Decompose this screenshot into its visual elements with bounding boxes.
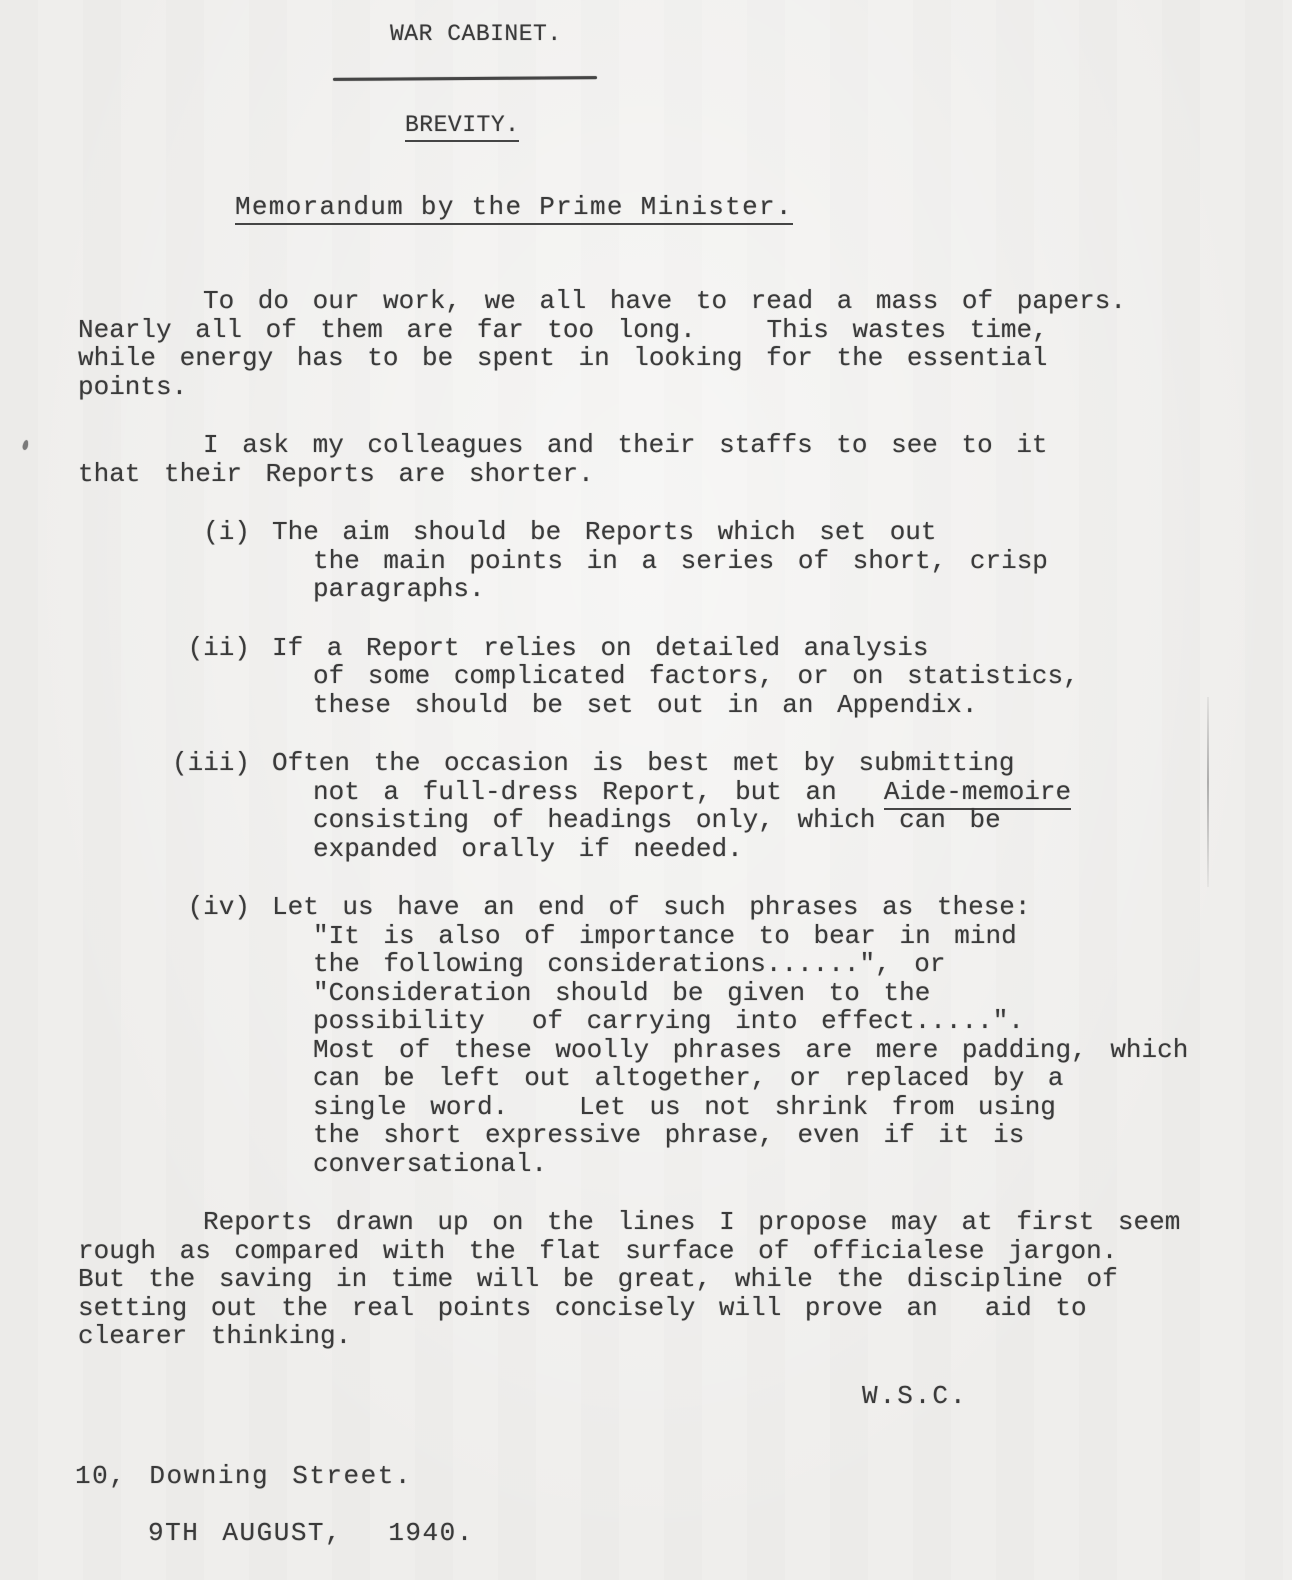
text-line: the following considerations......", or bbox=[272, 950, 1288, 979]
text-line: not a full-dress Report, but an Aide-mem… bbox=[272, 778, 1288, 807]
text-line: the main points in a series of short, cr… bbox=[272, 547, 1288, 576]
text-line: the short expressive phrase, even if it … bbox=[272, 1121, 1288, 1150]
text-line: conversational. bbox=[272, 1150, 1288, 1179]
numbered-item-label: (i) bbox=[78, 518, 250, 547]
text-line: expanded orally if needed. bbox=[272, 835, 1288, 864]
numbered-item-label: (iii) bbox=[78, 749, 250, 778]
ink-speck-artifact bbox=[22, 440, 29, 451]
text-line: "Consideration should be given to the bbox=[272, 979, 1288, 1008]
text-line: these should be set out in an Appendix. bbox=[272, 691, 1288, 720]
text-line: possibility of carrying into effect.....… bbox=[272, 1007, 1288, 1036]
text-line: points. bbox=[78, 373, 1288, 402]
text-line: clearer thinking. bbox=[78, 1322, 1288, 1351]
text-line: that their Reports are shorter. bbox=[78, 460, 1288, 489]
signature-initials: W.S.C. bbox=[862, 1381, 968, 1411]
text-segment: not a full-dress Report, but an bbox=[313, 777, 884, 807]
text-line: while energy has to be spent in looking … bbox=[78, 344, 1288, 373]
numbered-item: (ii)If a Report relies on detailed analy… bbox=[78, 634, 1288, 720]
document-title: BREVITY. bbox=[405, 112, 519, 142]
scan-scratch-artifact bbox=[1207, 697, 1209, 887]
numbered-item: (iii)Often the occasion is best met by s… bbox=[78, 749, 1288, 863]
memo-page: WAR CABINET. BREVITY. Memorandum by the … bbox=[0, 0, 1292, 1580]
text-line: Nearly all of them are far too long. Thi… bbox=[78, 316, 1288, 345]
numbered-item: (i)The aim should be Reports which set o… bbox=[78, 518, 1288, 604]
text-line: can be left out altogether, or replaced … bbox=[272, 1064, 1288, 1093]
text-line: The aim should be Reports which set out bbox=[272, 518, 1288, 547]
text-line: To do our work, we all have to read a ma… bbox=[78, 287, 1288, 316]
paragraph: I ask my colleagues and their staffs to … bbox=[78, 431, 1288, 488]
document-subject: Memorandum by the Prime Minister. bbox=[235, 192, 793, 225]
text-line: paragraphs. bbox=[272, 575, 1288, 604]
paragraph: To do our work, we all have to read a ma… bbox=[78, 287, 1288, 401]
text-line: single word. Let us not shrink from usin… bbox=[272, 1093, 1288, 1122]
document-body: To do our work, we all have to read a ma… bbox=[78, 287, 1288, 1381]
header-rule bbox=[333, 76, 597, 81]
footer-address: 10, Downing Street. bbox=[75, 1461, 412, 1491]
text-line: consisting of headings only, which can b… bbox=[272, 806, 1288, 835]
text-line: "It is also of importance to bear in min… bbox=[272, 922, 1288, 951]
text-line: I ask my colleagues and their staffs to … bbox=[78, 431, 1288, 460]
text-line: Often the occasion is best met by submit… bbox=[272, 749, 1288, 778]
numbered-item: (iv)Let us have an end of such phrases a… bbox=[78, 893, 1288, 1178]
numbered-item-label: (iv) bbox=[78, 893, 250, 922]
organization-title: WAR CABINET. bbox=[390, 21, 562, 47]
text-line: rough as compared with the flat surface … bbox=[78, 1237, 1288, 1266]
text-line: Reports drawn up on the lines I propose … bbox=[78, 1208, 1288, 1237]
footer-date: 9TH AUGUST, 1940. bbox=[148, 1518, 474, 1548]
text-line: If a Report relies on detailed analysis bbox=[272, 634, 1288, 663]
text-line: Most of these woolly phrases are mere pa… bbox=[272, 1036, 1288, 1065]
text-line: setting out the real points concisely wi… bbox=[78, 1294, 1288, 1323]
text-line: But the saving in time will be great, wh… bbox=[78, 1265, 1288, 1294]
text-line: Let us have an end of such phrases as th… bbox=[272, 893, 1288, 922]
text-line: of some complicated factors, or on stati… bbox=[272, 662, 1288, 691]
numbered-item-label: (ii) bbox=[78, 634, 250, 663]
paragraph: Reports drawn up on the lines I propose … bbox=[78, 1208, 1288, 1351]
